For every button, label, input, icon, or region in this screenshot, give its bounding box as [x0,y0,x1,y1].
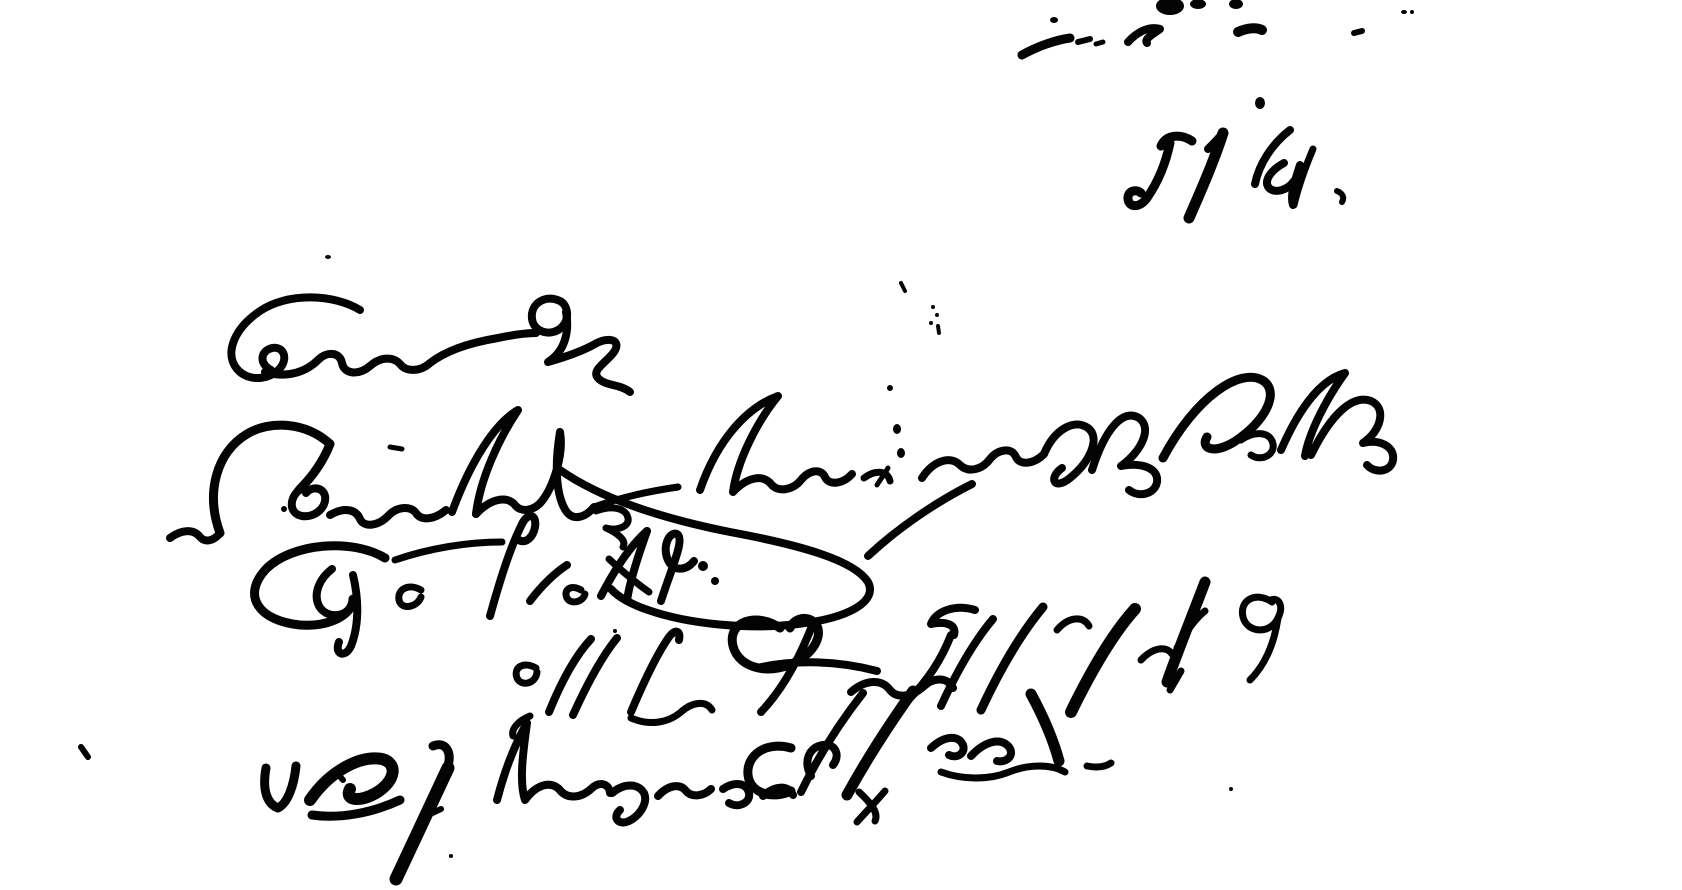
top-edge-ink-fragments [1022,0,1414,55]
handwriting-line-2 [170,373,1393,540]
manuscript-scan [0,0,1682,890]
manuscript-page [0,0,1682,890]
handwriting-line-5 [265,671,1233,879]
folio-number [1128,97,1343,218]
handwriting-line-1 [231,297,630,392]
handwriting-line-3 [255,470,975,698]
